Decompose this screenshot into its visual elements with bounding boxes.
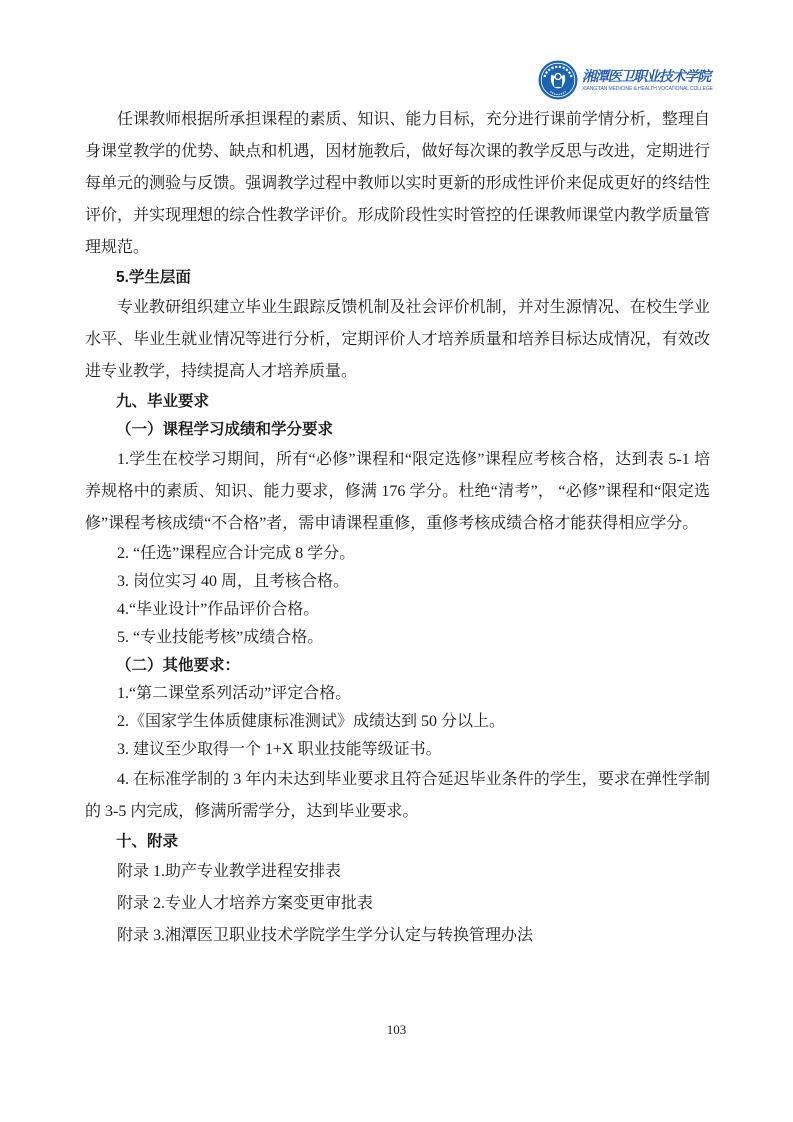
body-paragraph: 4. 在标准学制的 3 年内未达到毕业要求且符合延迟毕业条件的学生，要求在弹性学…: [85, 764, 710, 828]
numbered-item: 3. 岗位实习 40 周，且考核合格。: [85, 568, 710, 596]
numbered-item: 2. “任选”课程应合计完成 8 学分。: [85, 540, 710, 568]
appendix-item: 附录 2.专业人才培养方案变更审批表: [85, 888, 710, 920]
numbered-item: 2.《国家学生体质健康标准测试》成绩达到 50 分以上。: [85, 708, 710, 736]
body-paragraph: 专业教研组织建立毕业生跟踪反馈机制及社会评价机制，并对生源情况、在校生学业水平、…: [85, 292, 710, 388]
section-heading: 5.学生层面: [85, 264, 710, 292]
numbered-item: 3. 建议至少取得一个 1+X 职业技能等级证书。: [85, 736, 710, 764]
section-heading: 九、毕业要求: [85, 388, 710, 416]
appendix-item: 附录 3.湘潭医卫职业技术学院学生学分认定与转换管理办法: [85, 920, 710, 952]
body-paragraph: 任课教师根据所承担课程的素质、知识、能力目标，充分进行课前学情分析，整理自身课堂…: [85, 104, 710, 264]
section-heading: 十、附录: [85, 828, 710, 856]
document-page: { "header": { "college_name_zh": "湘潭医卫职业…: [0, 0, 793, 1122]
appendix-item: 附录 1.助产专业教学进程安排表: [85, 856, 710, 888]
numbered-item: 4.“毕业设计”作品评价合格。: [85, 596, 710, 624]
section-heading: （二）其他要求：: [85, 652, 710, 680]
numbered-item: 5. “专业技能考核”成绩合格。: [85, 624, 710, 652]
section-heading: （一）课程学习成绩和学分要求: [85, 416, 710, 444]
numbered-item: 1.“第二课堂系列活动”评定合格。: [85, 680, 710, 708]
document-body: 任课教师根据所承担课程的素质、知识、能力目标，充分进行课前学情分析，整理自身课堂…: [0, 0, 793, 952]
body-paragraph: 1.学生在校学习期间，所有“必修”课程和“限定选修”课程应考核合格，达到表 5-…: [85, 444, 710, 540]
page-number: 103: [0, 1022, 793, 1038]
